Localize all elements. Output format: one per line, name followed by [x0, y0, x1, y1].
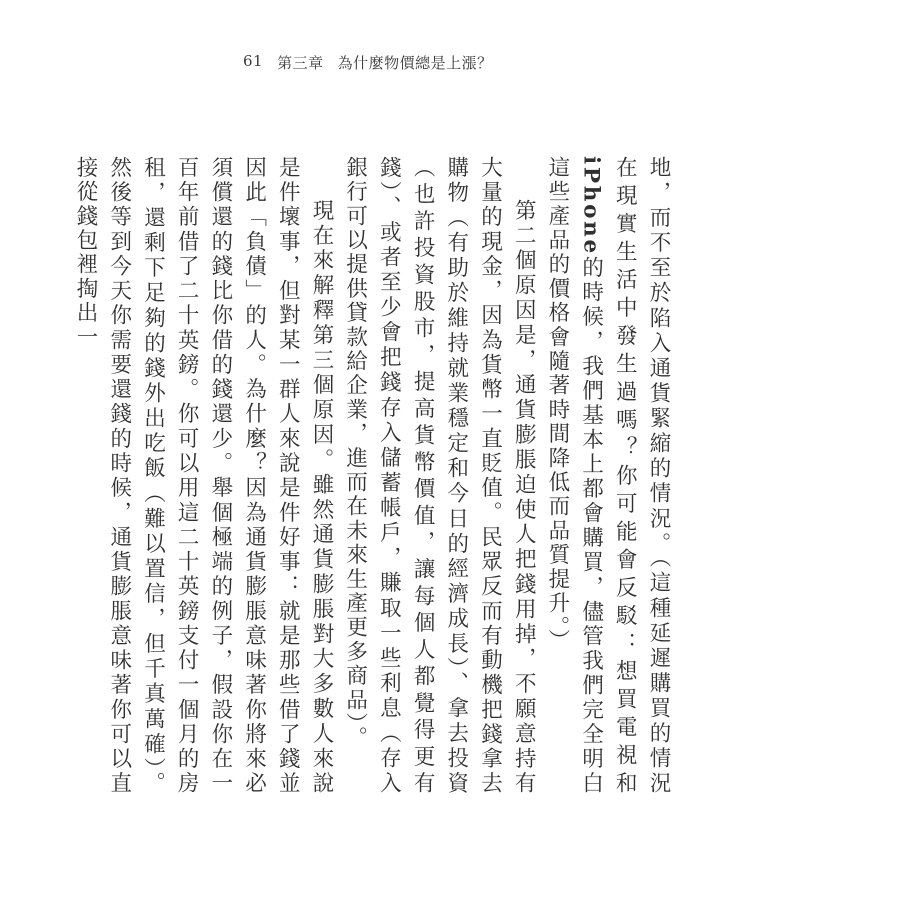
- paragraph-third-reason: 現在來解釋第三個原因。雖然通貨膨脹對大多數人來說是件壞事，但對某一群人來說是件好…: [68, 156, 338, 796]
- chapter-label: 第三章: [277, 52, 324, 73]
- chapter-title: 為什麼物價總是上漲？: [338, 52, 493, 73]
- running-header: 61 第三章 為什麼物價總是上漲？: [243, 52, 493, 73]
- latin-term: iPhone: [579, 156, 604, 256]
- vertical-text-body: 地，而不至於陷入通貨緊縮的情況。（這種延遲購買的情況在現實生活中發生過嗎？你可能…: [68, 156, 675, 796]
- paragraph-continuation: 地，而不至於陷入通貨緊縮的情況。（這種延遲購買的情況在現實生活中發生過嗎？你可能…: [540, 156, 675, 796]
- paragraph-second-reason: 第二個原因是，通貨膨脹迫使人把錢用掉，不願意持有大量的現金，因為貨幣一直貶值。民…: [338, 156, 540, 796]
- page-number: 61: [243, 52, 263, 73]
- paragraph-text: 地，而不至於陷入通貨緊縮的情況。（這種延遲購買的情況在現實生活中發生過嗎？你可能…: [612, 156, 671, 796]
